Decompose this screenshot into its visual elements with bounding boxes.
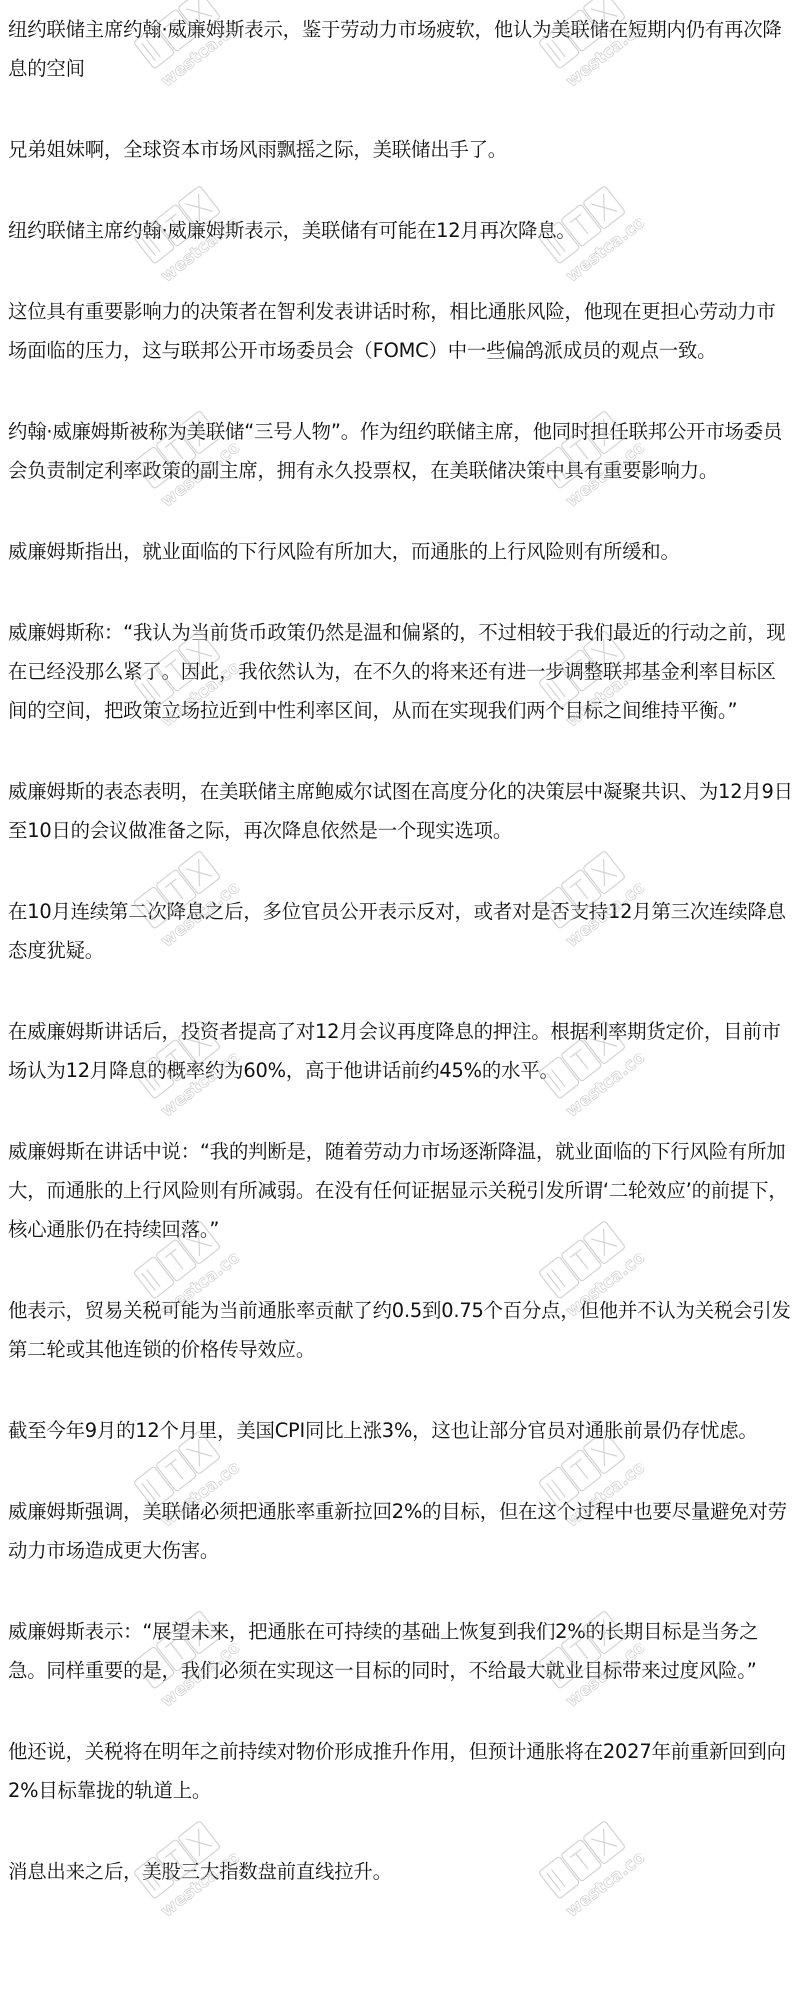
article-paragraph: 威廉姆斯强调，美联储必须把通胀率重新拉回2%的目标，但在这个过程中也要尽量避免对… — [8, 1492, 794, 1570]
article-paragraph: 兄弟姐妹啊，全球资本市场风雨飘摇之际，美联储出手了。 — [8, 130, 794, 169]
article-paragraph: 约翰·威廉姆斯被称为美联储“三号人物”。作为纽约联储主席，他同时担任联邦公开市场… — [8, 412, 794, 490]
article-paragraph: 他表示，贸易关税可能为当前通胀率贡献了约0.5到0.75个百分点，但他并不认为关… — [8, 1291, 794, 1369]
article-paragraph: 威廉姆斯在讲话中说：“我的判断是，随着劳动力市场逐渐降温，就业面临的下行风险有所… — [8, 1132, 794, 1249]
article-paragraph: 威廉姆斯表示：“展望未来，把通胀在可持续的基础上恢复到我们2%的长期目标是当务之… — [8, 1612, 794, 1690]
article-paragraph: 他还说，关税将在明年之前持续对物价形成推升作用，但预计通胀将在2027年前重新回… — [8, 1732, 794, 1810]
article-paragraph: 纽约联储主席约翰·威廉姆斯表示，鉴于劳动力市场疲软，他认为美联储在短期内仍有再次… — [8, 10, 794, 88]
article-body: 纽约联储主席约翰·威廉姆斯表示，鉴于劳动力市场疲软，他认为美联储在短期内仍有再次… — [8, 10, 794, 1933]
article-paragraph: 消息出来之后，美股三大指数盘前直线拉升。 — [8, 1852, 794, 1891]
article-paragraph: 这位具有重要影响力的决策者在智利发表讲话时称，相比通胀风险，他现在更担心劳动力市… — [8, 292, 794, 370]
article-paragraph: 截至今年9月的12个月里，美国CPI同比上涨3%，这也让部分官员对通胀前景仍存忧… — [8, 1411, 794, 1450]
article-paragraph: 威廉姆斯称：“我认为当前货币政策仍然是温和偏紧的，不过相较于我们最近的行动之前，… — [8, 613, 794, 730]
article-paragraph: 在威廉姆斯讲话后，投资者提高了对12月会议再度降息的押注。根据利率期货定价，目前… — [8, 1012, 794, 1090]
article-paragraph: 纽约联储主席约翰·威廉姆斯表示，美联储有可能在12月再次降息。 — [8, 211, 794, 250]
article-paragraph: 威廉姆斯的表态表明，在美联储主席鲍威尔试图在高度分化的决策层中凝聚共识、为12月… — [8, 772, 794, 850]
article-paragraph: 在10月连续第二次降息之后，多位官员公开表示反对，或者对是否支持12月第三次连续… — [8, 892, 794, 970]
article-paragraph: 威廉姆斯指出，就业面临的下行风险有所加大，而通胀的上行风险则有所缓和。 — [8, 532, 794, 571]
